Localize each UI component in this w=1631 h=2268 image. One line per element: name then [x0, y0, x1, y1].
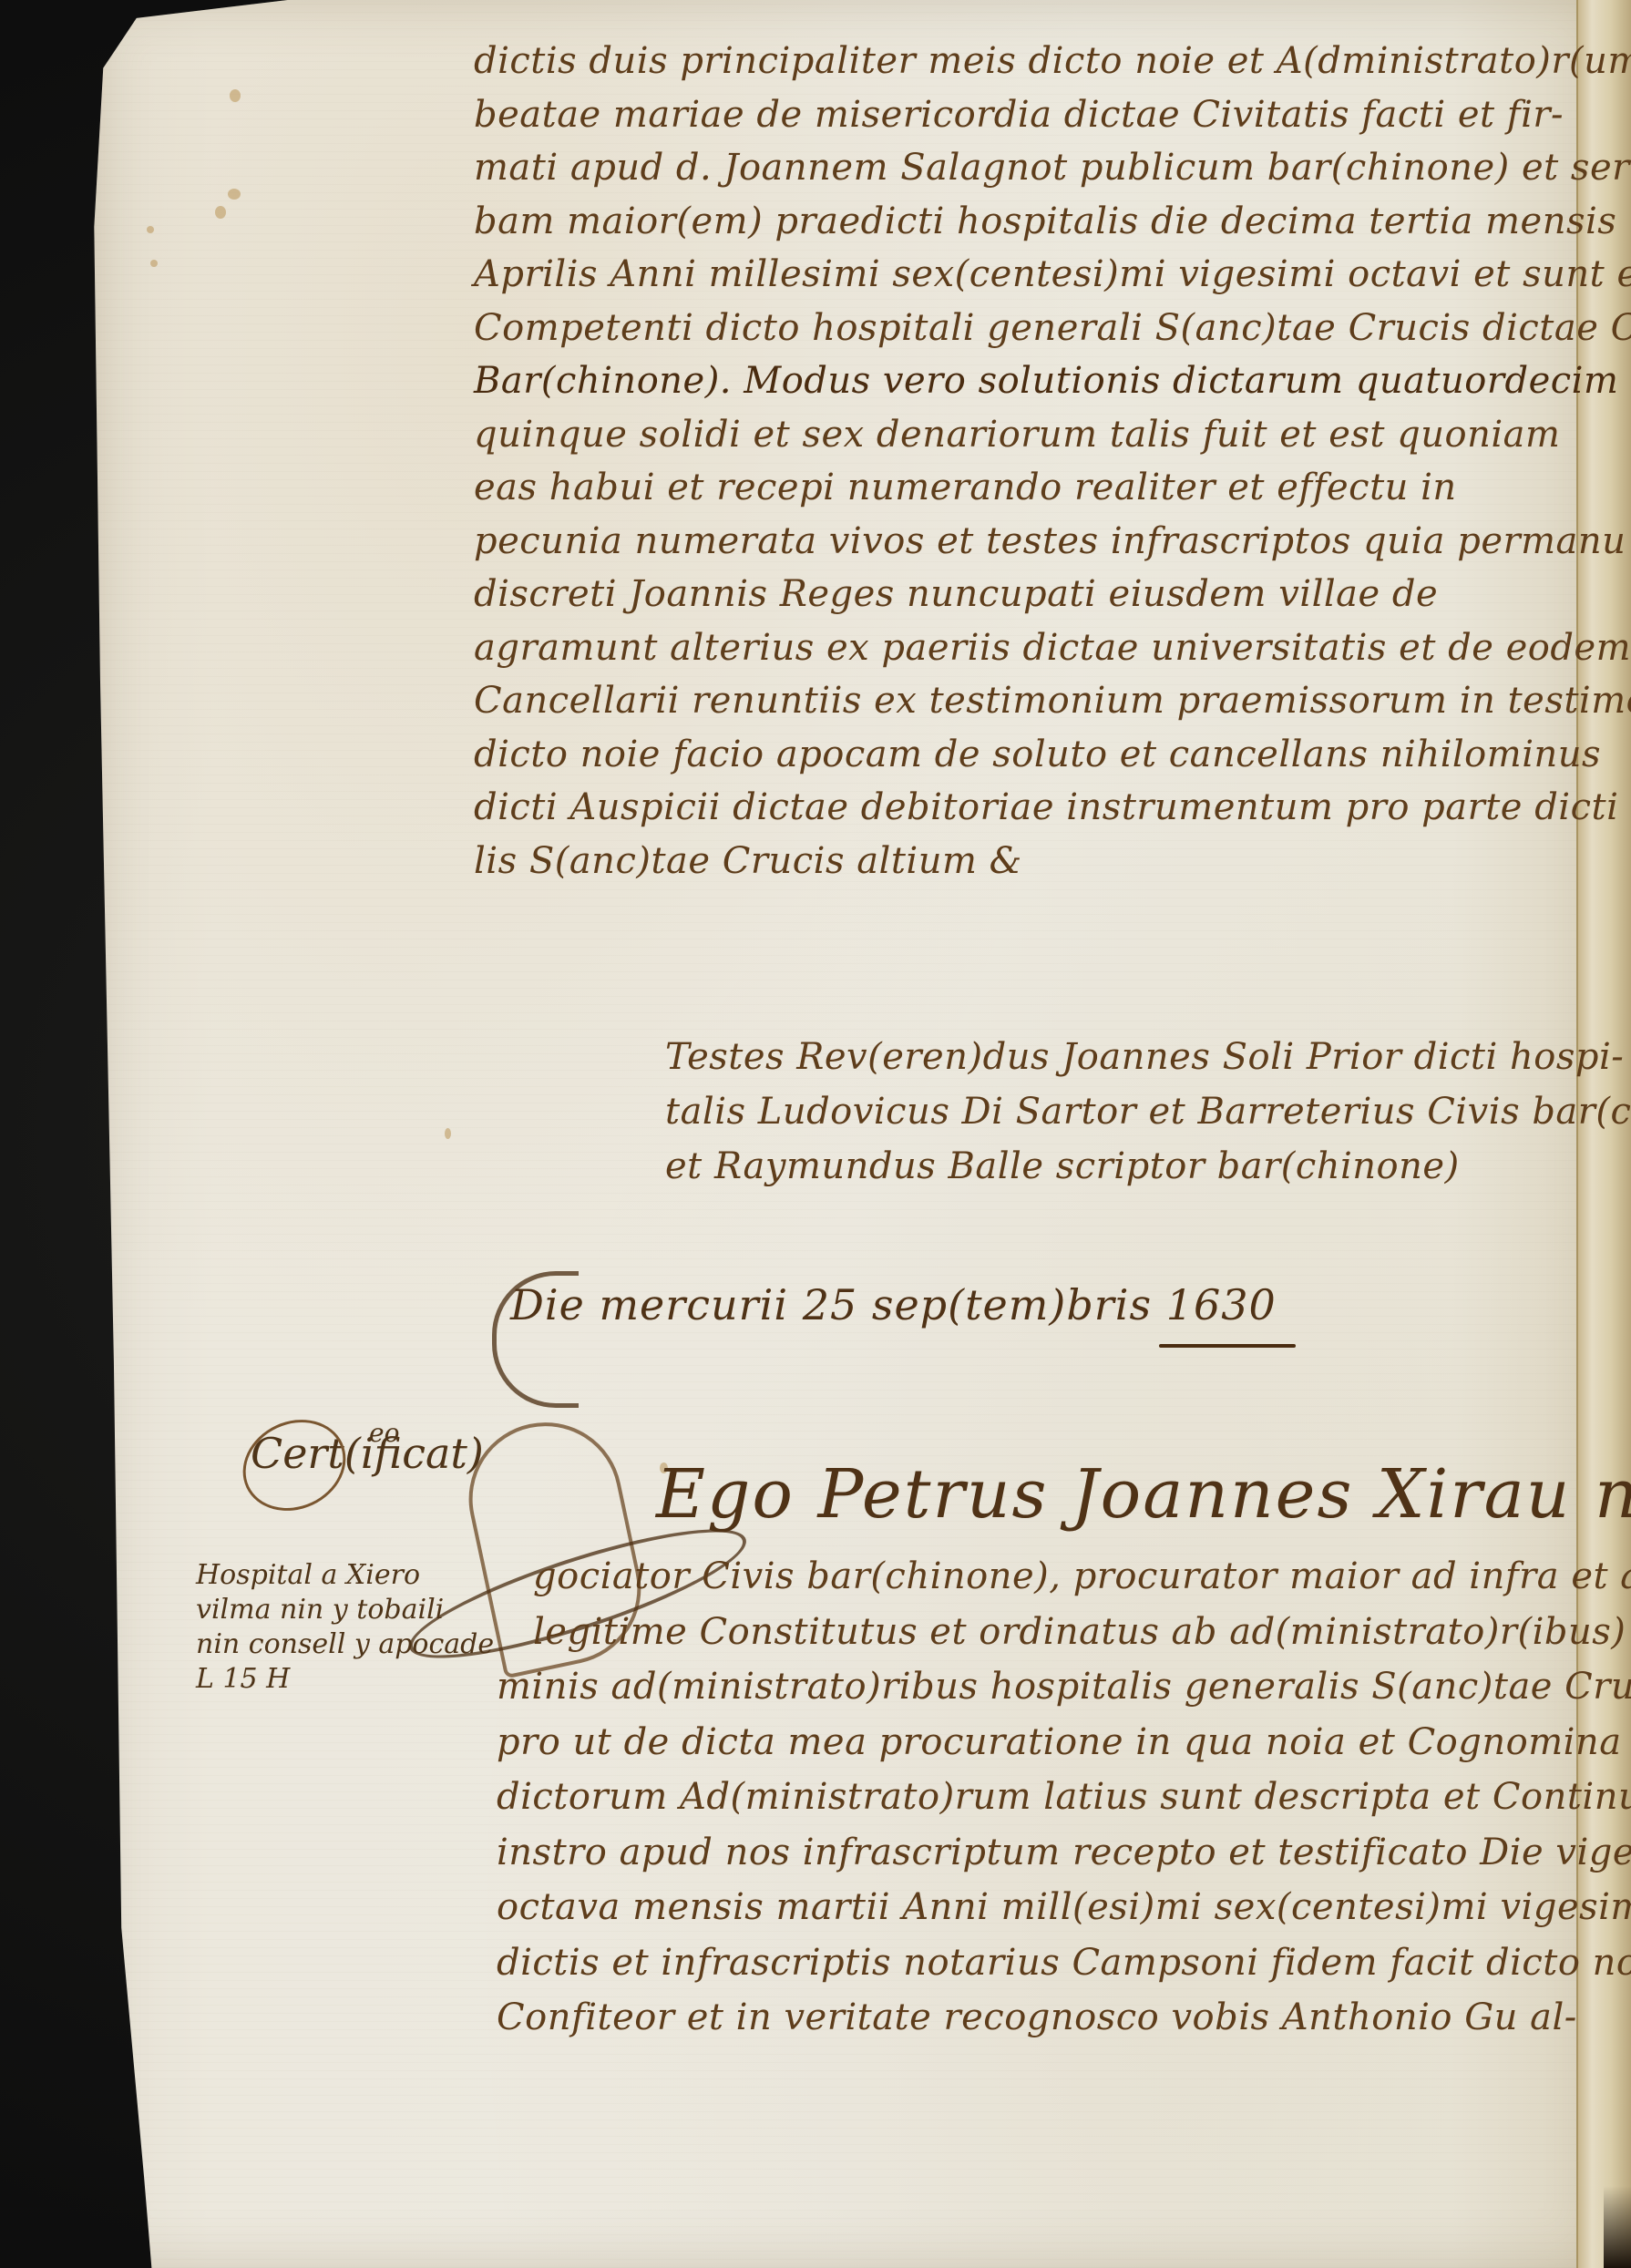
text-line-content: quinque solidi et sex denariorum talis f…	[474, 414, 1560, 456]
text-line: dictis et infrascriptis notarius Campson…	[497, 1935, 1572, 1991]
paper-stain	[445, 1128, 451, 1139]
text-line-content: dictis duis principaliter meis dicto noi…	[474, 40, 1631, 82]
text-line-content: bam maior(em) praedicti hospitalis die d…	[474, 200, 1616, 242]
text-line: pro ut de dicta mea procuratione in qua …	[497, 1715, 1572, 1770]
text-line-content: agramunt alterius ex paeriis dictae univ…	[474, 627, 1631, 669]
second-act-heading-text: Ego Petrus Joannes Xirau ne-	[656, 1455, 1631, 1534]
text-line-content: Competenti dicto hospitali generali S(an…	[474, 307, 1631, 349]
margin-note-line: Hospital a Xiero	[196, 1558, 524, 1593]
text-line: pecunia numerata vivos et testes infrasc…	[474, 515, 1567, 569]
margin-note-line: vilma nin y tobaili	[196, 1593, 524, 1627]
text-line: dicto noie facio apocam de soluto et can…	[474, 728, 1567, 782]
margin-note-body: Hospital a Xiero vilma nin y tobaili nin…	[196, 1558, 524, 1697]
text-line-content: lis S(anc)tae Crucis altium &	[474, 840, 1022, 882]
text-line: eas habui et recepi numerando realiter e…	[474, 461, 1567, 515]
text-line: bam maior(em) praedicti hospitalis die d…	[474, 195, 1567, 249]
text-line: Aprilis Anni millesimi sex(centesi)mi vi…	[474, 248, 1567, 302]
text-line-content: eas habui et recepi numerando realiter e…	[474, 467, 1457, 508]
margin-cert-superscript: eo	[369, 1401, 399, 1465]
text-line: beatae mariae de misericordia dictae Civ…	[474, 88, 1567, 142]
cert-flourish-icon	[228, 1403, 361, 1527]
main-text-block: dictis duis principaliter meis dicto noi…	[474, 35, 1567, 888]
year-underline-flourish	[1159, 1344, 1296, 1348]
text-line: mati apud d. Joannem Salagnot publicum b…	[474, 141, 1567, 195]
text-line: dictorum Ad(ministrato)rum latius sunt d…	[497, 1770, 1572, 1825]
text-line-content: mati apud d. Joannem Salagnot publicum b…	[474, 147, 1631, 189]
paper-stain	[228, 189, 241, 200]
binding-shadow	[1604, 2186, 1631, 2268]
text-line: instro apud nos infrascriptum recepto et…	[497, 1825, 1572, 1881]
text-line-content: minis ad(ministrato)ribus hospitalis gen…	[497, 1666, 1631, 1708]
text-line-content: gociator Civis bar(chinone), procurator …	[533, 1555, 1631, 1597]
text-line-content: dicti Auspicii dictae debitoriae instrum…	[474, 786, 1631, 828]
witness-line-content: Testes Rev(eren)dus Joannes Soli Prior d…	[665, 1036, 1624, 1078]
text-line-content: octava mensis martii Anni mill(esi)mi se…	[497, 1886, 1631, 1928]
text-line-content: instro apud nos infrascriptum recepto et…	[497, 1832, 1631, 1873]
second-act-heading: Ego Petrus Joannes Xirau ne-	[656, 1449, 1567, 1540]
text-line: octava mensis martii Anni mill(esi)mi se…	[497, 1880, 1572, 1935]
text-line: Competenti dicto hospitali generali S(an…	[474, 302, 1567, 355]
text-line-content: pecunia numerata vivos et testes infrasc…	[474, 520, 1626, 562]
witness-line: Testes Rev(eren)dus Joannes Soli Prior d…	[665, 1030, 1576, 1084]
text-line: gociator Civis bar(chinone), procurator …	[497, 1549, 1572, 1605]
text-line-content: beatae mariae de misericordia dictae Civ…	[474, 94, 1564, 136]
paper-stain	[215, 206, 226, 219]
paper-stain	[147, 226, 154, 233]
text-line-content: dictis et infrascriptis notarius Campson…	[497, 1942, 1631, 1984]
witness-line-content: talis Ludovicus Di Sartor et Barreterius…	[665, 1091, 1631, 1133]
margin-cert-label: Cert(ificat) eo	[196, 1421, 524, 1485]
text-line: legitime Constitutus et ordinatus ab ad(…	[497, 1605, 1572, 1660]
margin-note-line: nin consell y apocade	[196, 1627, 524, 1662]
text-line: lis S(anc)tae Crucis altium &	[474, 835, 1567, 888]
text-line-content: Bar(chinone). Modus vero solutionis dict…	[474, 360, 1631, 402]
text-line: quinque solidi et sex denariorum talis f…	[474, 408, 1567, 462]
paper-stain	[150, 260, 158, 267]
text-line: Confiteor et in veritate recognosco vobi…	[497, 1990, 1572, 2046]
margin-note: Cert(ificat) eo Hospital a Xiero vilma n…	[196, 1421, 524, 1697]
witness-line: et Raymundus Balle scriptor bar(chinone)	[665, 1139, 1576, 1194]
text-line-content: dicto noie facio apocam de soluto et can…	[474, 734, 1601, 775]
text-line: dicti Auspicii dictae debitoriae instrum…	[474, 781, 1567, 835]
witness-line: talis Ludovicus Di Sartor et Barreterius…	[665, 1084, 1576, 1139]
text-line-content: discreti Joannis Reges nuncupati eiusdem…	[474, 573, 1438, 615]
second-act-heading-block: Ego Petrus Joannes Xirau ne-	[656, 1449, 1567, 1540]
text-line: minis ad(ministrato)ribus hospitalis gen…	[497, 1659, 1572, 1715]
text-line-content: pro ut de dicta mea procuratione in qua …	[497, 1721, 1622, 1763]
text-line-content: Confiteor et in veritate recognosco vobi…	[497, 1996, 1577, 2038]
margin-note-line: L 15 H	[196, 1662, 524, 1697]
text-line-content: Aprilis Anni millesimi sex(centesi)mi vi…	[474, 253, 1631, 295]
text-line: discreti Joannis Reges nuncupati eiusdem…	[474, 568, 1567, 621]
date-entry-text: Die mercurii 25 sep(tem)bris 1630	[510, 1280, 1277, 1329]
text-line: Bar(chinone). Modus vero solutionis dict…	[474, 354, 1567, 408]
paper-stain	[230, 89, 241, 102]
text-line-content: Cancellarii renuntiis ex testimonium pra…	[474, 680, 1631, 722]
date-entry: Die mercurii 25 sep(tem)bris 1630	[510, 1280, 1277, 1329]
text-line: dictis duis principaliter meis dicto noi…	[474, 35, 1567, 88]
text-line: agramunt alterius ex paeriis dictae univ…	[474, 621, 1567, 675]
text-line-content: legitime Constitutus et ordinatus ab ad(…	[533, 1611, 1631, 1653]
witnesses-block: Testes Rev(eren)dus Joannes Soli Prior d…	[665, 1030, 1576, 1194]
text-line: Cancellarii renuntiis ex testimonium pra…	[474, 674, 1567, 728]
text-line-content: dictorum Ad(ministrato)rum latius sunt d…	[497, 1776, 1631, 1818]
witness-line-content: et Raymundus Balle scriptor bar(chinone)	[665, 1145, 1460, 1187]
second-act-body: gociator Civis bar(chinone), procurator …	[497, 1549, 1572, 2046]
